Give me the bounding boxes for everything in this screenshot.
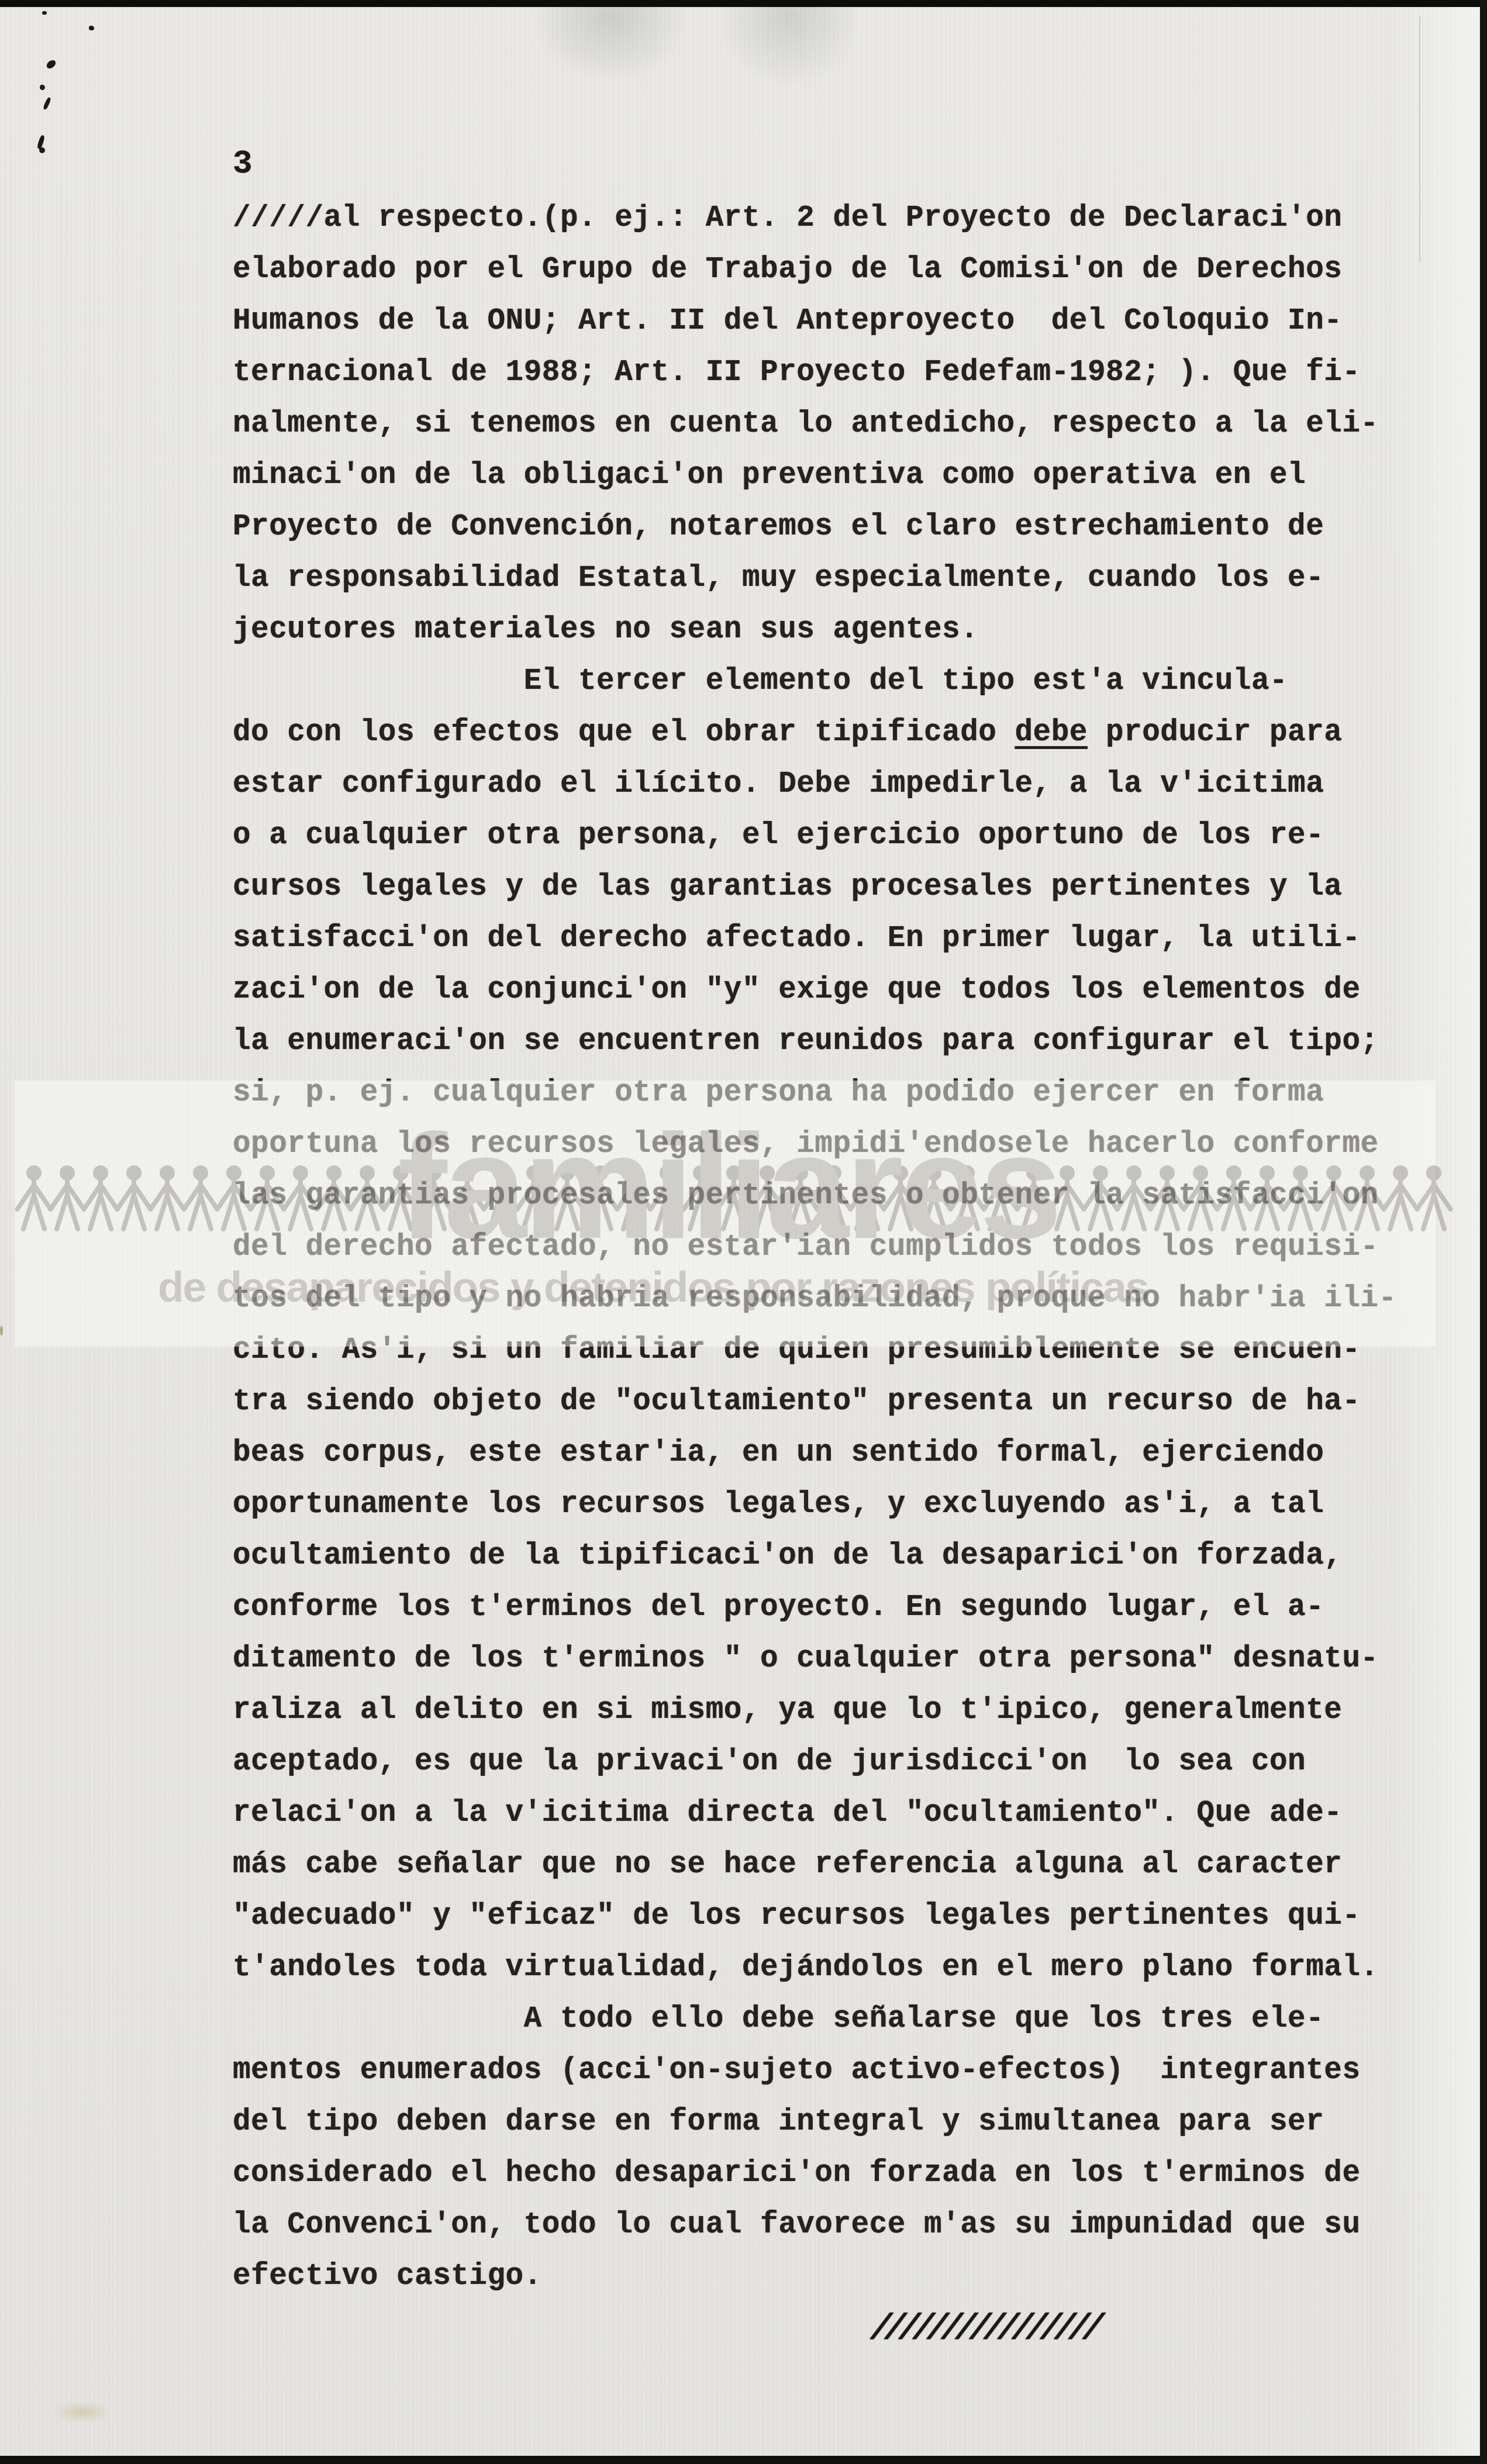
text-line: considerado el hecho desaparici'on forza… xyxy=(233,2148,1397,2200)
text-line: "adecuado" y "eficaz" de los recursos le… xyxy=(233,1891,1397,1942)
text-line: zaci'on de la conjunci'on "y" exige que … xyxy=(233,965,1397,1016)
ink-speck xyxy=(43,97,51,111)
scan-light-column xyxy=(1392,0,1479,2464)
ink-speck xyxy=(89,26,94,30)
ink-speck xyxy=(45,59,57,70)
text-line: nalmente, si tenemos en cuenta lo antedi… xyxy=(233,399,1397,450)
text-line: aceptado, es que la privaci'on de jurisd… xyxy=(233,1737,1397,1788)
ink-speck xyxy=(39,147,45,153)
text-line: elaborado por el Grupo de Trabajo de la … xyxy=(233,244,1397,296)
ink-speck xyxy=(0,1326,3,1335)
text-line: beas corpus, este estar'ia, en un sentid… xyxy=(233,1428,1397,1479)
text-line: la enumeraci'on se encuentren reunidos p… xyxy=(233,1016,1397,1068)
text-line: si, p. ej. cualquier otra persona ha pod… xyxy=(233,1068,1397,1119)
text-line: del derecho afectado, no estar'ian cumpl… xyxy=(233,1222,1397,1274)
closing-slashes: //////////////// xyxy=(865,2308,1100,2350)
text-line: las garantias procesales pertinentes o o… xyxy=(233,1171,1397,1222)
text-line: ditamento de los t'erminos " o cualquier… xyxy=(233,1634,1397,1685)
text-line: Proyecto de Convención, notaremos el cla… xyxy=(233,502,1397,553)
text-line: o a cualquier otra persona, el ejercicio… xyxy=(233,810,1397,862)
text-line: jecutores materiales no sean sus agentes… xyxy=(233,605,1397,656)
text-line: relaci'on a la v'icitima directa del "oc… xyxy=(233,1788,1397,1840)
text-line: A todo ello debe señalarse que los tres … xyxy=(233,1994,1397,2045)
scan-line-artifact xyxy=(1419,16,1420,262)
page-number: 3 xyxy=(233,145,253,182)
underlined-word: debe xyxy=(1015,716,1088,750)
scan-edge-right xyxy=(1480,0,1487,2464)
text-line: ocultamiento de la tipificaci'on de la d… xyxy=(233,1531,1397,1582)
text-line: mentos enumerados (acci'on-sujeto activo… xyxy=(233,2045,1397,2097)
toner-smudge xyxy=(538,1,684,77)
text-line: del tipo deben darse en forma integral y… xyxy=(233,2097,1397,2148)
text-line: Humanos de la ONU; Art. II del Anteproye… xyxy=(233,296,1397,347)
typewritten-text: /////al respecto.(p. ej.: Art. 2 del Pro… xyxy=(233,193,1397,2303)
text-line: tra siendo objeto de "ocultamiento" pres… xyxy=(233,1376,1397,1428)
text-line: El tercer elemento del tipo est'a vincul… xyxy=(233,656,1397,708)
text-line: la Convenci'on, todo lo cual favorece m'… xyxy=(233,2200,1397,2251)
text-line: ternacional de 1988; Art. II Proyecto Fe… xyxy=(233,347,1397,399)
text-line: do con los efectos que el obrar tipifica… xyxy=(233,708,1397,759)
scan-edge-bottom xyxy=(0,2456,1487,2464)
scan-edge-top xyxy=(0,0,1487,7)
paper-stain xyxy=(51,2401,113,2423)
toner-smudge xyxy=(722,1,857,83)
text-line: conforme los t'erminos del proyectO. En … xyxy=(233,1582,1397,1634)
text-line: raliza al delito en si mismo, ya que lo … xyxy=(233,1685,1397,1737)
text-line: oportunamente los recursos legales, y ex… xyxy=(233,1479,1397,1531)
ink-speck xyxy=(42,11,47,15)
text-line: minaci'on de la obligaci'on preventiva c… xyxy=(233,450,1397,502)
text-line: /////al respecto.(p. ej.: Art. 2 del Pro… xyxy=(233,193,1397,244)
text-line: la responsabilidad Estatal, muy especial… xyxy=(233,553,1397,605)
text-line: efectivo castigo. xyxy=(233,2251,1397,2303)
text-line: satisfacci'on del derecho afectado. En p… xyxy=(233,913,1397,965)
text-line: estar configurado el ilícito. Debe imped… xyxy=(233,759,1397,810)
text-line: cito. As'i, si un familiar de quien pres… xyxy=(233,1325,1397,1376)
text-line: oportuna los recursos legales, impidi'en… xyxy=(233,1119,1397,1171)
text-line: cursos legales y de las garantias proces… xyxy=(233,862,1397,913)
text-line: t'andoles toda virtualidad, dejándolos e… xyxy=(233,1942,1397,1994)
ink-speck xyxy=(39,84,46,91)
text-line: tos del tipo y no habria responsabilidad… xyxy=(233,1274,1397,1325)
text-line: más cabe señalar que no se hace referenc… xyxy=(233,1840,1397,1891)
